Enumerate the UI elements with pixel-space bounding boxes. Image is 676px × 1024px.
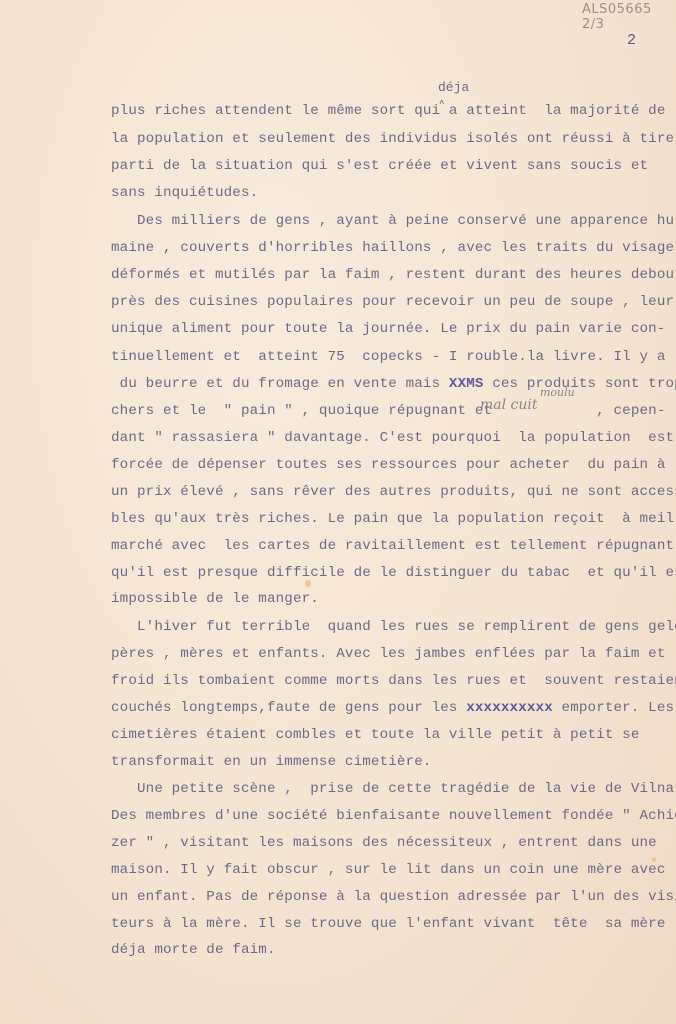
text-line: bles qu'aux très riches. Le pain que la …: [111, 511, 676, 527]
text-line: maison. Il y fait obscur , sur le lit da…: [111, 862, 666, 878]
text-line: Des milliers de gens , ayant à peine con…: [111, 213, 676, 229]
text-line: du beurre et du fromage en vente mais XX…: [111, 376, 676, 392]
text-line: Une petite scène , prise de cette tragéd…: [111, 781, 676, 797]
text-line: froid ils tombaient comme morts dans les…: [111, 673, 676, 689]
text-line: tinuellement et atteint 75 copecks - I r…: [111, 349, 666, 365]
struck-out-text: XXMS: [449, 376, 484, 392]
text-line: transformait en un immense cimetière.: [111, 754, 432, 770]
text-line: la population et seulement des individus…: [111, 131, 676, 147]
text-line: impossible de le manger.: [111, 591, 319, 607]
text-line: chers et le " pain " , quoique répugnant…: [111, 403, 666, 419]
text-line: L'hiver fut terrible quand les rues se r…: [111, 619, 676, 635]
text-line: un enfant. Pas de réponse à la question …: [111, 889, 676, 905]
struck-out-text: xxxxxxxxxx: [466, 700, 553, 716]
text-line: pères , mères et enfants. Avec les jambe…: [111, 646, 676, 662]
text-line: qu'il est presque difficile de le distin…: [111, 565, 676, 581]
text-line: couchés longtemps,faute de gens pour les…: [111, 700, 674, 716]
text-line: unique aliment pour toute la journée. Le…: [111, 321, 666, 337]
archive-reference: ALS05665 2/3: [582, 2, 676, 32]
text-line: dant " rassasiera " davantage. C'est pou…: [111, 430, 674, 446]
text-line: près des cuisines populaires pour recevo…: [111, 294, 674, 310]
text-line: déformés et mutilés par la faim , resten…: [111, 267, 676, 283]
text-line: marché avec les cartes de ravitaillement…: [111, 538, 674, 554]
text-line: déja morte de faim.: [111, 942, 276, 958]
text-line: maine , couverts d'horribles haillons , …: [111, 240, 674, 256]
insertion-above: déja: [438, 80, 469, 95]
text-line: parti de la situation qui s'est créée et…: [111, 158, 648, 174]
text-line: un prix élevé , sans rêver des autres pr…: [111, 484, 676, 500]
text-line: cimetières étaient combles et toute la v…: [111, 727, 640, 743]
text-line: plus riches attendent le même sort qui a…: [111, 103, 666, 119]
text-line: forcée de dépenser toutes ses ressources…: [111, 457, 666, 473]
page-number: 2: [627, 32, 636, 49]
stain-spot: [305, 580, 311, 587]
text-line: teurs à la mère. Il se trouve que l'enfa…: [111, 916, 666, 932]
text-line: zer " , visitant les maisons des nécessi…: [111, 835, 657, 851]
text-line: sans inquiétudes.: [111, 185, 258, 201]
text-line: Des membres d'une société bienfaisante n…: [111, 808, 676, 824]
